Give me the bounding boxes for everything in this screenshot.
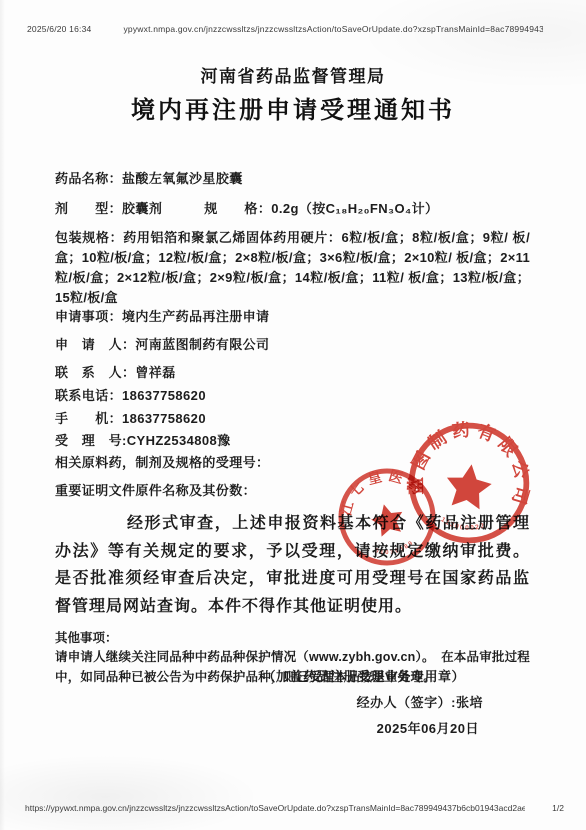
field-label: 手 机：: [55, 411, 122, 426]
field-packaging: 包装规格：药用铝箔和聚氯乙烯固体药用硬片：6粒/板/盒；8粒/板/盒；9粒/ 板…: [55, 228, 530, 308]
field-label: 包装规格：: [55, 230, 123, 245]
document-body: 药品名称：盐酸左氧氟沙星胶囊 剂 型：胶囊剂规 格：0.2g（按C₁₈H₂₀FN…: [55, 160, 530, 687]
print-header: 2025/6/20 16:34 ypywxt.nmpa.gov.cn/jnzzc…: [27, 24, 566, 34]
issue-date: 2025年06月20日: [377, 718, 479, 737]
field-label: 申请事项：: [55, 309, 122, 324]
field-label: 受 理 号:: [55, 433, 127, 448]
field-mobile: 手 机：18637758620: [55, 410, 530, 428]
print-footer: https://ypywxt.nmpa.gov.cn/jnzzcwssltzs/…: [25, 803, 564, 813]
print-preview-page: 2025/6/20 16:34 ypywxt.nmpa.gov.cn/jnzzc…: [0, 0, 586, 830]
print-footer-url: https://ypywxt.nmpa.gov.cn/jnzzcwssltzs/…: [25, 803, 525, 813]
field-label: 重要证明文件原件名称及其份数：: [55, 483, 256, 498]
other-items-text: 请申请人继续关注同品种中药品种保护情况（www.zybh.gov.cn）。 在本…: [55, 647, 530, 687]
field-value: 河南蓝图制药有限公司: [135, 337, 269, 352]
field-apply-matter: 申请事项：境内生产药品再注册申请: [55, 308, 530, 326]
field-value: 境内生产药品再注册申请: [122, 309, 269, 324]
field-cert-files: 重要证明文件原件名称及其份数：: [55, 482, 530, 500]
field-value: 盐酸左氧氟沙星胶囊: [122, 171, 243, 186]
field-label: 相关原料药，制剂及规格的受理号：: [55, 455, 269, 470]
field-value: 0.2g（按C₁₈H₂₀FN₃O₄计）: [271, 201, 438, 216]
page-number: 1/2: [544, 803, 564, 813]
field-acceptance-no: 受 理 号:CYHZ2534808豫: [55, 432, 530, 450]
field-related-no: 相关原料药，制剂及规格的受理号：: [55, 454, 530, 472]
print-datetime: 2025/6/20 16:34: [27, 24, 91, 34]
field-value: 药用铝箔和聚氯乙烯固体药用硬片：6粒/板/盒；8粒/板/盒；9粒/ 板/盒；10…: [55, 230, 530, 305]
field-label: 联 系 人：: [55, 365, 135, 380]
field-value: CYHZ2534808豫: [127, 433, 231, 448]
field-contact: 联 系 人：曾祥磊: [55, 364, 530, 382]
field-label: 剂 型：: [55, 201, 122, 216]
field-label: 申 请 人：: [55, 337, 135, 352]
field-label: 药品名称：: [55, 171, 122, 186]
document-title: 境内再注册申请受理通知书: [0, 90, 586, 125]
acceptance-statement: 经形式审查，上述申报资料基本符合《药品注册管理办法》等有关规定的要求，予以受理，…: [55, 510, 530, 620]
field-value: 曾祥磊: [135, 365, 175, 380]
print-header-url: ypywxt.nmpa.gov.cn/jnzzcwssltzs/jnzzcwss…: [123, 24, 543, 34]
other-items-heading: 其他事项：: [55, 629, 530, 647]
field-drug-name: 药品名称：盐酸左氧氟沙星胶囊: [55, 170, 530, 188]
issuing-authority: 河南省药品监督管理局: [0, 62, 586, 87]
field-value: 18637758620: [122, 411, 206, 426]
field-applicant: 申 请 人：河南蓝图制药有限公司: [55, 336, 530, 354]
field-value: 胶囊剂: [122, 201, 162, 216]
field-phone: 联系电话：18637758620: [55, 387, 530, 405]
field-value: 18637758620: [122, 388, 206, 403]
handler-signature: 经办人（签字）:张培: [357, 692, 483, 711]
field-dosage-spec: 剂 型：胶囊剂规 格：0.2g（按C₁₈H₂₀FN₃O₄计）: [55, 200, 530, 218]
field-label: 联系电话：: [55, 388, 122, 403]
field-label: 规 格：: [204, 201, 271, 216]
